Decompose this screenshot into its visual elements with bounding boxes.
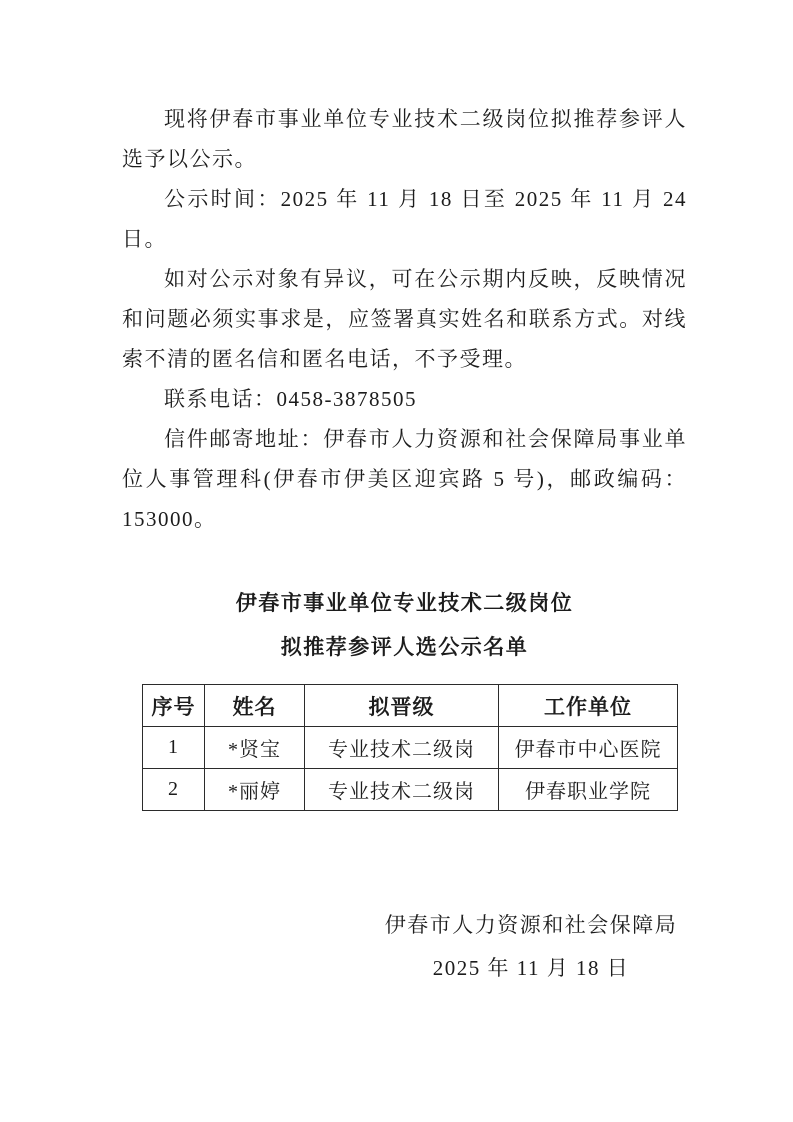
table-header-row: 序号 姓名 拟晋级 工作单位 [143,685,678,727]
roster-title-line2: 拟推荐参评人选公示名单 [122,625,687,669]
document-page: 现将伊春市事业单位专业技术二级岗位拟推荐参评人选予以公示。 公示时间：2025 … [0,0,793,1122]
column-header-number: 序号 [143,685,205,727]
cell-proposed-grade: 专业技术二级岗 [305,769,499,811]
table-row: 1 *贤宝 专业技术二级岗 伊春市中心医院 [143,727,678,769]
paragraph-objection-rules: 如对公示对象有异议，可在公示期内反映，反映情况和问题必须实事求是，应签署真实姓名… [122,259,687,379]
cell-proposed-grade: 专业技术二级岗 [305,727,499,769]
cell-name: *丽婷 [205,769,305,811]
cell-name: *贤宝 [205,727,305,769]
column-header-name: 姓名 [205,685,305,727]
document-content: 现将伊春市事业单位专业技术二级岗位拟推荐参评人选予以公示。 公示时间：2025 … [0,0,793,990]
cell-number: 2 [143,769,205,811]
cell-number: 1 [143,727,205,769]
paragraph-publicity-period: 公示时间：2025 年 11 月 18 日至 2025 年 11 月 24 日。 [122,179,687,259]
roster-title-line1: 伊春市事业单位专业技术二级岗位 [122,581,687,625]
signature-block: 伊春市人力资源和社会保障局 2025 年 11 月 18 日 [375,904,687,990]
cell-work-unit: 伊春职业学院 [499,769,678,811]
table-row: 2 *丽婷 专业技术二级岗 伊春职业学院 [143,769,678,811]
paragraph-mailing-address: 信件邮寄地址：伊春市人力资源和社会保障局事业单位人事管理科(伊春市伊美区迎宾路 … [122,419,687,539]
cell-work-unit: 伊春市中心医院 [499,727,678,769]
signature-organization: 伊春市人力资源和社会保障局 [375,904,687,947]
roster-title: 伊春市事业单位专业技术二级岗位 拟推荐参评人选公示名单 [122,581,687,669]
column-header-work-unit: 工作单位 [499,685,678,727]
paragraph-contact-phone: 联系电话：0458-3878505 [122,379,687,419]
paragraph-announcement: 现将伊春市事业单位专业技术二级岗位拟推荐参评人选予以公示。 [122,99,687,179]
column-header-proposed-grade: 拟晋级 [305,685,499,727]
signature-date: 2025 年 11 月 18 日 [375,947,687,990]
roster-table: 序号 姓名 拟晋级 工作单位 1 *贤宝 专业技术二级岗 伊春市中心医院 2 *… [142,684,678,811]
